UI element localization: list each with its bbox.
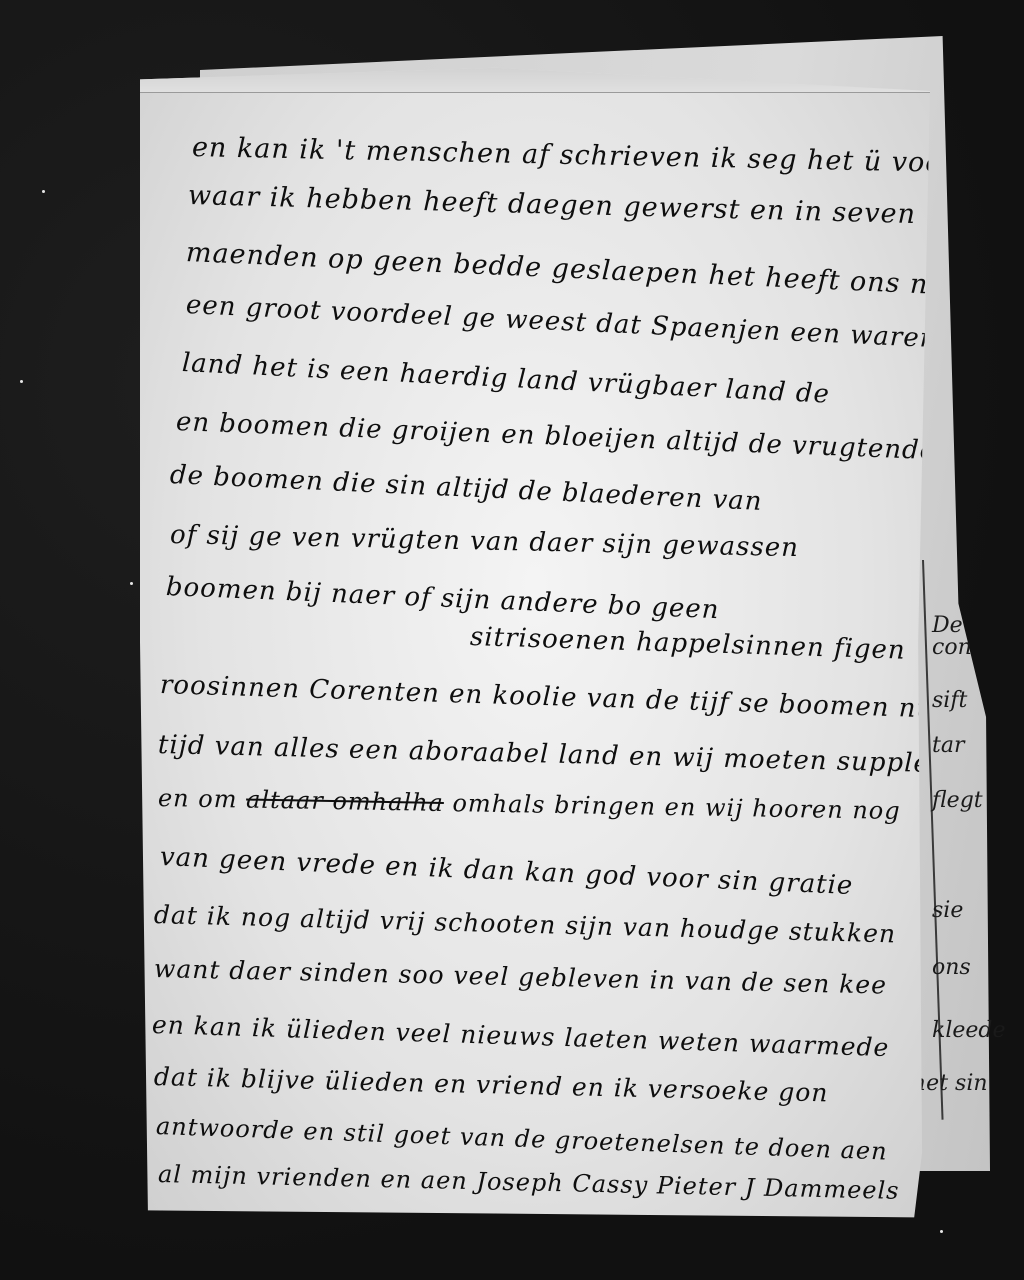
letter-line: dat ik blijve ülieden en vriend en ik ve… — [154, 1062, 829, 1107]
strikethrough-text: altaar omhalha — [246, 786, 444, 817]
letter-line: waar ik hebben heeft daegen gewerst en i… — [188, 180, 917, 230]
dust-speck — [940, 1230, 943, 1233]
scan-canvas: De con sift tar flegt sie ons kleede het… — [0, 0, 1024, 1280]
letter-line: sitrisoenen happelsinnen figen — [470, 622, 907, 666]
letter-line: van geen vrede en ik dan kan god voor si… — [159, 842, 854, 901]
letter-line: en kan ik 't menschen af schrieven ik se… — [192, 132, 957, 179]
letter-line: en om altaar omhalha omhals bringen en w… — [158, 784, 901, 825]
letter-line: tijd van alles een aboraabel land en wij… — [158, 730, 968, 780]
letter-line: en kan ik ülieden veel nieuws laeten wet… — [152, 1010, 890, 1062]
line-start: en om — [158, 784, 238, 813]
letter-page: en kan ik 't menschen af schrieven ik se… — [140, 62, 930, 1222]
letter-line: of sij ge ven vrügten van daer sijn gewa… — [170, 520, 800, 563]
back-fragment: flegt — [932, 790, 983, 812]
letter-line: want daer sinden soo veel gebleven in va… — [154, 954, 888, 1000]
letter-line: een groot voordeel ge weest dat Spaenjen… — [185, 290, 938, 354]
letter-line: de boomen die sin altijd de blaederen va… — [169, 460, 763, 517]
back-fragment: sift — [932, 690, 967, 712]
back-fragment: tar — [932, 735, 964, 757]
letter-line-signature: al mijn vrienden en aen Joseph Cassy Pie… — [158, 1160, 900, 1205]
letter-line: land het is een haerdig land vrügbaer la… — [181, 348, 830, 410]
dust-speck — [20, 380, 23, 383]
back-fragment: con — [932, 637, 972, 659]
letter-line: roosinnen Corenten en koolie van de tijf… — [160, 670, 990, 726]
back-fragment: ons — [932, 957, 971, 979]
letter-line: antwoorde en stil goet van de groetenels… — [156, 1112, 889, 1166]
dust-speck — [130, 582, 133, 585]
line-continuation: omhals bringen en wij hooren nog — [452, 789, 901, 825]
dust-speck — [42, 190, 45, 193]
back-fragment: sie — [932, 900, 963, 922]
letter-line: boomen bij naer of sijn andere bo geen — [165, 572, 720, 625]
back-fragment: De — [932, 615, 963, 637]
back-fragment: het sin — [912, 1073, 988, 1095]
letter-line: en boomen die groijen en bloeijen altijd… — [175, 407, 936, 466]
letter-line: dat ik nog altijd vrij schooten sijn van… — [154, 900, 897, 948]
letter-line: maenden op geen bedde geslaepen het heef… — [185, 237, 964, 302]
back-fragment: kleede — [932, 1020, 1006, 1042]
